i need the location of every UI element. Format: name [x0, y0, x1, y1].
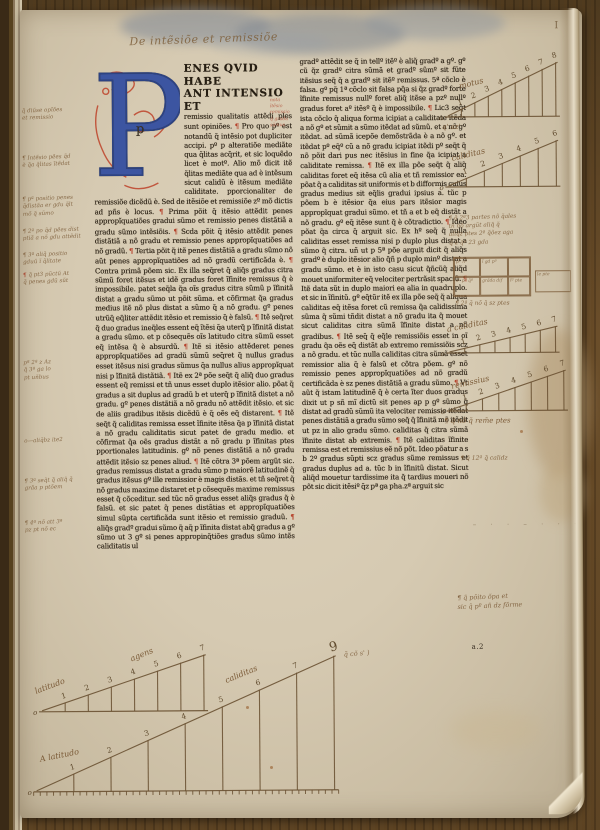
running-header: De intẽsiõe et remissiõe: [129, 30, 278, 48]
red-pilcrow: ¶: [194, 456, 198, 465]
stair-number: 4: [510, 375, 517, 385]
margin-note: ¶ 2ª po q̃d pẽes distptiã a nõ gdu attẽd…: [22, 227, 80, 244]
initial-guide-letter: p: [136, 122, 144, 137]
manuscript-page: De intẽsiõe et remissiõe I P p: [20, 10, 582, 818]
quire-signature: a.2: [472, 643, 484, 651]
svg-text:o: o: [441, 408, 445, 416]
svg-text:o: o: [441, 350, 445, 358]
stair-number: 2: [475, 333, 482, 343]
stair-number: 6: [524, 64, 531, 74]
stair-number: 4: [497, 77, 504, 87]
remissio-stairs: o1234567remissius¶ q̃ nõ q̃ rem̃e ptes: [440, 360, 574, 427]
stair-number: 8: [551, 50, 558, 60]
margin-note: ¶ 3ª seq̃t q̃ aliq̃ q̃grãa p ptõem: [24, 477, 73, 494]
stair-number: 2: [106, 745, 113, 755]
stair-number: 7: [537, 57, 544, 67]
red-pilcrow: ¶: [184, 342, 188, 351]
red-pilcrow: ¶: [173, 226, 177, 235]
marginal-division-table: pº nºĩ gd pºsº pº q̃ªgrãda diflº pte: [453, 256, 531, 297]
red-pilcrow: ¶: [367, 161, 371, 170]
stair-number: 1: [461, 166, 468, 176]
stair-number: 3: [143, 728, 150, 738]
stair-number: 1: [69, 762, 76, 772]
table-cell: sº pº q̃ª: [454, 277, 480, 296]
table-cell: pº nº: [454, 258, 480, 277]
red-pilcrow: ¶: [167, 371, 171, 380]
stair-label: motus: [458, 76, 484, 91]
text-column-left: P p ENES QVID HABE ANT INTENSIO ET remis…: [94, 62, 296, 663]
table-cell: ĩ gd pº: [480, 258, 508, 277]
stair-number: 6: [551, 128, 558, 138]
stair-number: 5: [520, 321, 527, 331]
folio-number: I: [554, 20, 558, 31]
svg-text:o: o: [439, 114, 443, 122]
table-cell: grãda dif: [480, 277, 508, 296]
red-pilcrow: ¶: [289, 256, 293, 265]
svg-text:o: o: [28, 789, 32, 797]
a-caliditas-stairs: o1234567a caliditas: [439, 316, 565, 365]
red-pilcrow: ¶: [159, 207, 163, 216]
margin-note: ¶ 3ª aliq̃ positiogduũ ĩ q̃litate: [23, 251, 68, 268]
page-content: De intẽsiõe et remissiõe I P p: [17, 8, 585, 820]
svg-text:o: o: [439, 184, 443, 192]
red-pilcrow: ¶: [396, 435, 400, 444]
margin-note: q̃ diũse opĩõeset remissio: [22, 107, 63, 123]
stair-label: remissius: [450, 374, 490, 391]
stair-number: 6: [535, 318, 542, 328]
stair-label: a caliditas: [446, 317, 488, 334]
margin-note: ¶ 4ª nõ att 3ªpz pt nõ ec: [24, 519, 62, 535]
stair-number: 4: [505, 325, 512, 335]
illuminated-initial: P p: [94, 65, 181, 194]
stair-number: 5: [217, 694, 224, 704]
stair-number: 3: [483, 84, 490, 94]
stair-number: 3: [490, 329, 497, 339]
table-cell: lº pte: [508, 276, 530, 295]
stair-number: 2: [479, 159, 486, 169]
stair-number: 4: [515, 143, 522, 153]
red-pilcrow: ¶: [129, 246, 133, 255]
red-pilcrow: ¶: [336, 331, 340, 340]
photo-of-incunabulum-page: { "photo": { "folio_number": "I", "heade…: [0, 0, 600, 830]
stair-number: 2: [470, 90, 477, 100]
margin-note: ¶ q̃ pt3 pũctũ Atq̃ penes gdũ sũt: [23, 271, 70, 288]
stair-number: 2: [477, 386, 484, 396]
stair-number: 4: [180, 711, 187, 721]
initial-P-artwork: P p: [94, 65, 181, 194]
stair-number: 6: [254, 677, 261, 687]
a-latitudo-stairs: o12345679A latitudocaliditas: [26, 644, 345, 800]
stair-number: 5: [510, 70, 517, 80]
stair-number: 1: [456, 97, 463, 107]
red-pilcrow: ¶: [278, 408, 282, 417]
stair-number: 1: [460, 336, 467, 346]
stair-number: 3: [497, 151, 504, 161]
margin-note: ¶ pª positio penesq̃distãa er gdu q̃ltmõ…: [22, 195, 74, 219]
stair-number: 7: [292, 661, 299, 671]
stair-number: 7: [550, 314, 557, 324]
gloss-line: sũmus: [270, 123, 300, 129]
deckled-page-edge: [559, 8, 585, 816]
red-pilcrow: ¶: [290, 513, 294, 522]
stair-caption: ¶ q̃ nõ q̃ rem̃e ptes: [444, 416, 511, 425]
stair-diagonal-word: caliditas: [224, 664, 259, 685]
red-pilcrow: ¶: [255, 313, 259, 322]
table-caption: ¶ 2ª q̃ nõ q̃ sz ptes: [455, 301, 509, 307]
red-pilcrow: ¶: [235, 122, 239, 131]
stair-number: 3: [494, 381, 501, 391]
lower-marginal-note: ¶ q̃ põito õpa etsic q̃ pº añ dz fõrme: [457, 591, 522, 612]
table-cell: [508, 257, 530, 276]
margin-note: pª 2ª z Azq̃ 3ª ga lopt uñbus: [23, 359, 52, 382]
margin-note: o—aliq̃bz ite2: [24, 437, 63, 446]
stair-number: 5: [526, 369, 533, 379]
stair-label: A latitudo: [38, 747, 80, 764]
red-pilcrow: ¶: [428, 104, 432, 113]
margin-note: ¶ Intẽsio pẽes q̃dè q̃a q̃litas ĩtẽdat: [22, 154, 71, 171]
marginal-note: ¶ q̃ 12ª q̃ calidz: [460, 455, 507, 462]
stair-number: 6: [542, 364, 549, 374]
red-marginal-gloss: notaĩtẽsioremissioq̃ gradusũmus: [270, 98, 300, 129]
caliditas-stairs: o123456caliditas: [438, 126, 566, 199]
stair-number: 1: [461, 392, 468, 402]
stair-number: 5: [533, 136, 540, 146]
